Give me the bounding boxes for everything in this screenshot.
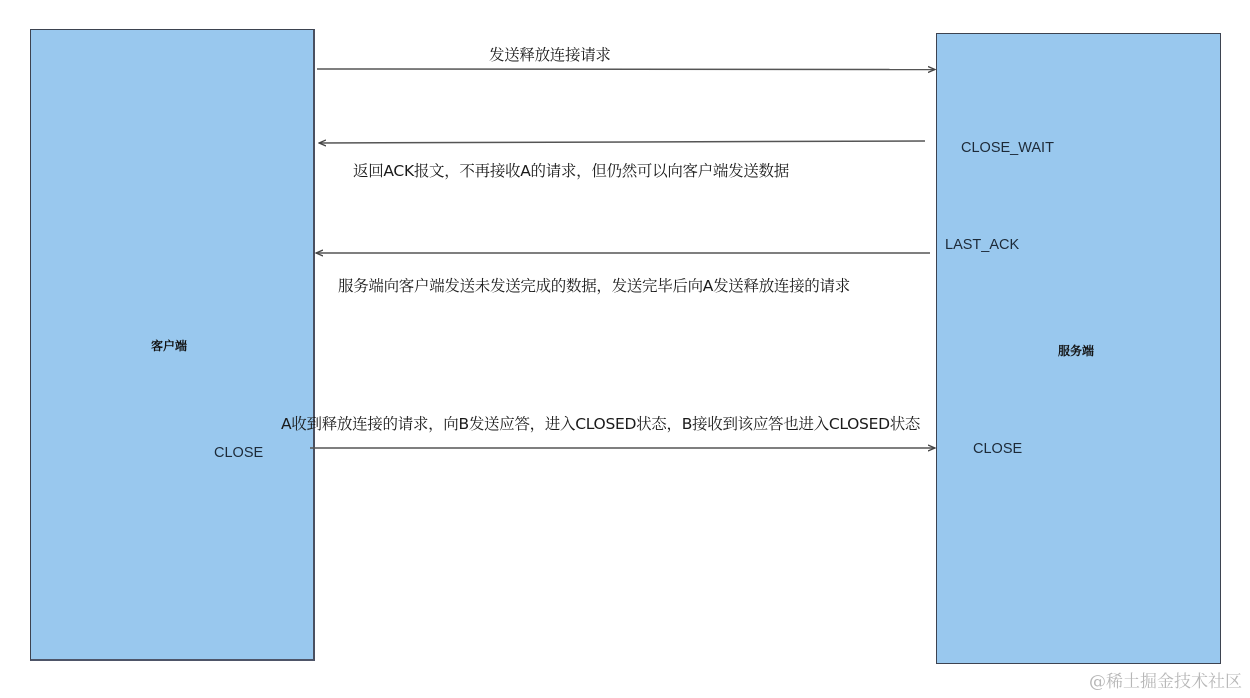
watermark: @稀土掘金技术社区 [1089, 667, 1242, 692]
message-label-final-ack: A收到释放连接的请求，向B发送应答，进入CLOSED状态，B接收到该应答也进入C… [281, 412, 920, 434]
client-label: 客户端 [151, 337, 187, 354]
server-state-close-wait: CLOSE_WAIT [961, 140, 1054, 156]
server-label: 服务端 [1058, 342, 1094, 359]
message-label-release-request: 发送释放连接请求 [489, 43, 611, 65]
arrow-ack-reply [319, 141, 925, 143]
sequence-diagram: 客户端 CLOSE 服务端 CLOSE_WAIT LAST_ACK CLOSE … [0, 0, 1250, 698]
server-box: 服务端 CLOSE_WAIT LAST_ACK CLOSE [936, 33, 1221, 664]
message-label-ack-reply: 返回ACK报文，不再接收A的请求，但仍然可以向客户端发送数据 [353, 159, 789, 181]
message-label-server-release-request: 服务端向客户端发送未发送完成的数据，发送完毕后向A发送释放连接的请求 [338, 274, 850, 296]
arrow-release-request [317, 69, 935, 70]
client-state-close: CLOSE [214, 445, 263, 461]
server-state-close: CLOSE [973, 441, 1022, 457]
server-state-last-ack: LAST_ACK [945, 237, 1019, 253]
client-box: 客户端 CLOSE [30, 29, 315, 661]
